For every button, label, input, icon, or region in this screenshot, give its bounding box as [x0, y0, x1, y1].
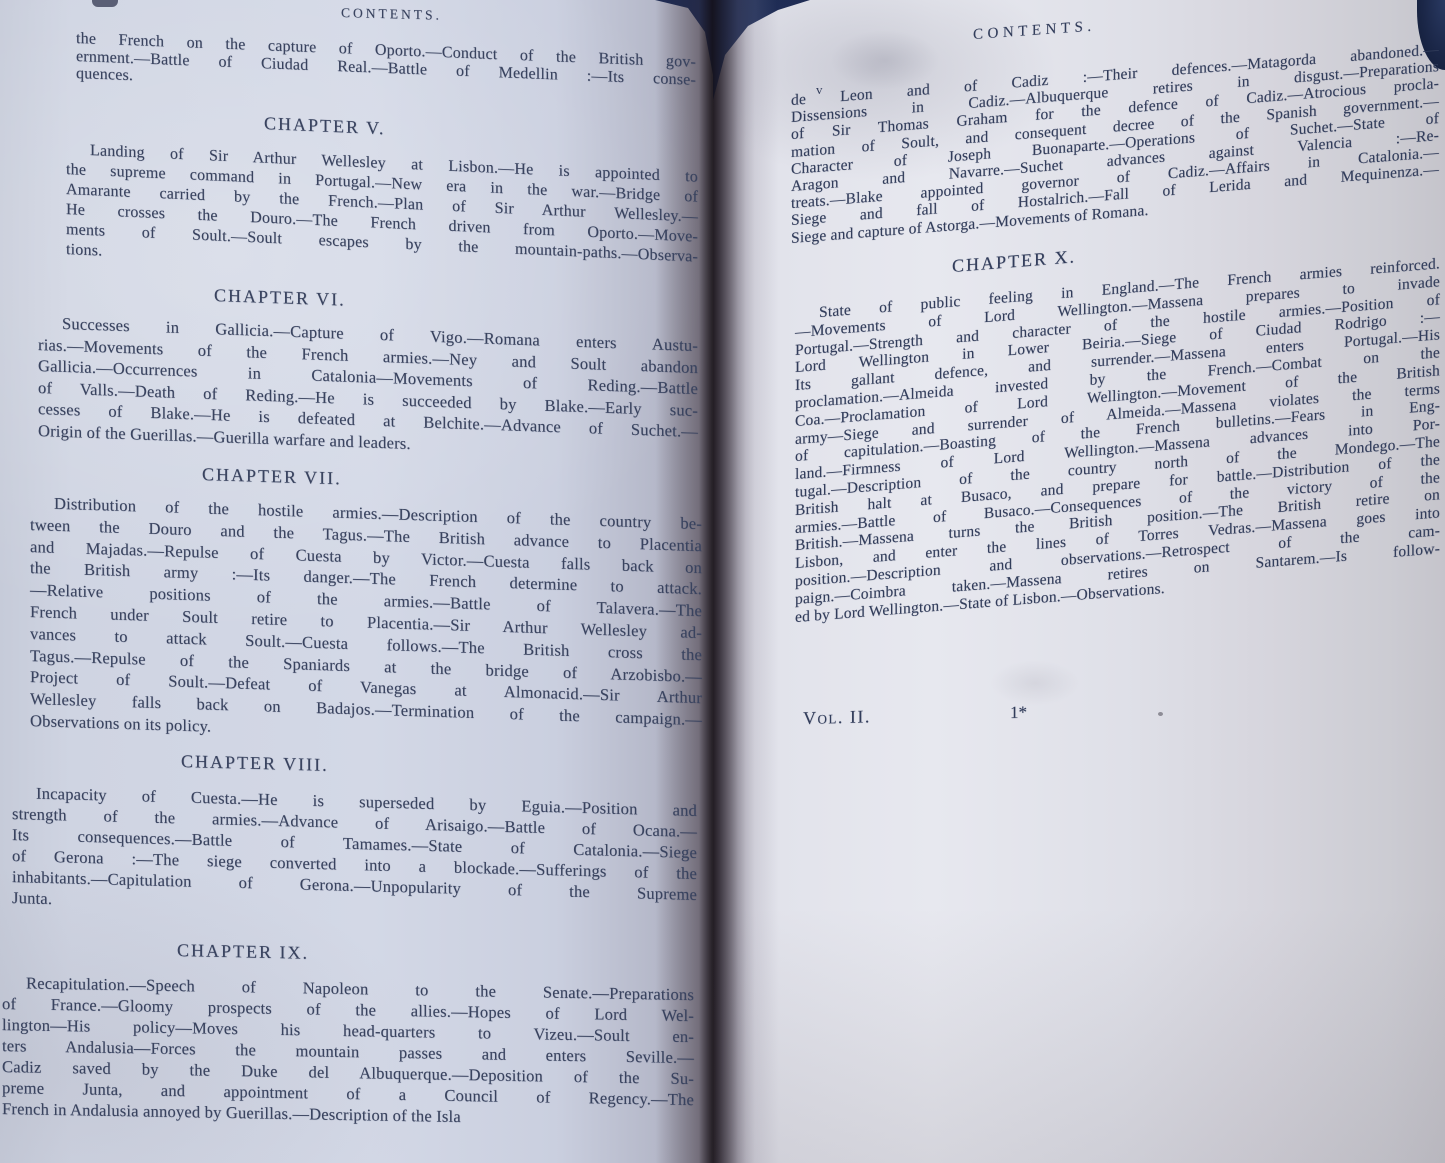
running-header-left: CONTENTS.	[341, 5, 442, 24]
chapter-summary: Incapacity of Cuesta.—He is superseded b…	[12, 782, 697, 926]
chapter-summary: Recapitulation.—Speech of Napoleon to th…	[2, 972, 694, 1131]
paper-speck	[1158, 712, 1163, 716]
chapter-title: CHAPTER IX.	[177, 940, 309, 964]
open-book-photo: CONTENTS. the French on the capture of O…	[0, 0, 1445, 1163]
signature-mark: 1*	[1010, 703, 1027, 723]
chapter-summary: Distribution of the hostile armies.—Desc…	[30, 492, 702, 753]
volume-label: Vol. II.	[803, 706, 871, 729]
chapter-summary: State of public feeling in England.—The …	[795, 255, 1440, 626]
chapter-title: CHAPTER VII.	[202, 464, 342, 489]
page-edge-mark	[92, 0, 118, 7]
chapter-title: CHAPTER VIII.	[181, 751, 329, 776]
chapter-summary: Successes in Gallicia.—Capture of Vigo.—…	[38, 312, 698, 464]
paper-smudge	[990, 660, 1080, 706]
